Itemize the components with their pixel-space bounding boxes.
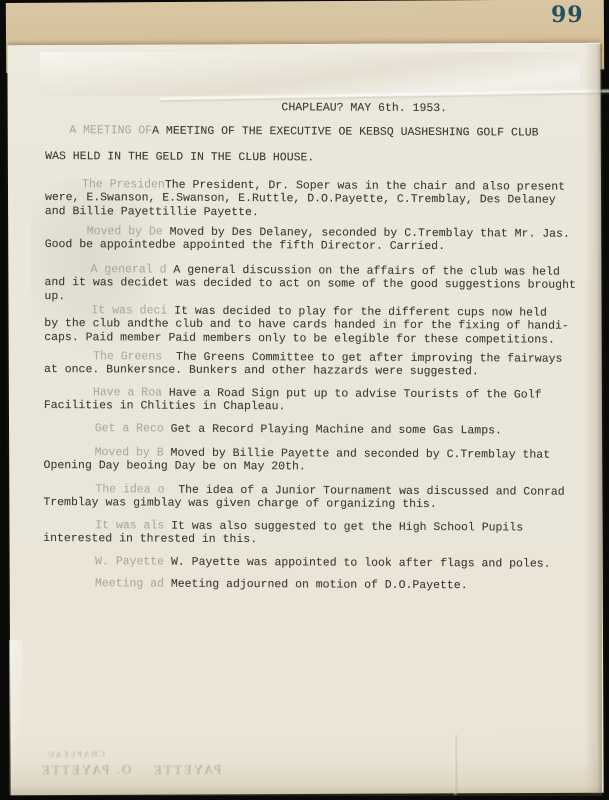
paragraph: Moved by De Moved by Des Delaney, second… [45,225,590,254]
typed-text-run: Tremblay was gimblay was given charge of… [43,496,436,511]
typed-text-run: Facilities in Chlities in Chapleau. [44,399,286,413]
typed-text-run: and it was decidet was decided to act on… [44,276,575,292]
typed-line: Opening Day beoing Day be on May 20th. [44,459,589,475]
ghost-typed-text: Get a Reco [95,422,171,435]
ghost-typed-text: It was deci [91,304,174,317]
typed-text-run: WAS HELD IN THE GELD IN THE CLUB HOUSE. [45,150,314,164]
paragraph: It was deci It was decided to play for t… [44,304,589,347]
paragraph: W. Payette W. Payette was appointed to l… [43,555,588,571]
typed-line: at once. Bunkersnce. Bunkers and other h… [44,363,589,379]
typed-line: interested in thrested in this. [43,532,588,548]
paragraph: Moved by B Moved by Billie Payette and s… [44,446,589,475]
typed-line: W. Payette W. Payette was appointed to l… [43,555,588,571]
typed-line: WAS HELD IN THE GELD IN THE CLUB HOUSE. [45,150,590,166]
typed-line: Facilities in Chlities in Chapleau. [44,399,589,415]
paragraph: Have a Roa Have a Road Sign put up to ad… [44,386,589,415]
ghost-typed-text: Moved by De [87,225,170,238]
typed-line: Tremblay was gimblay was given charge of… [43,496,588,512]
typed-text-block: CHAPLEAU? MAY 6th. 1953. A MEETING OFA M… [42,0,591,800]
typed-text-run: Good be appointedbe appointed the fifth … [45,238,445,253]
typed-text-run: W. Payette was appointed to look after f… [171,556,551,571]
paragraph: The PresidenThe President, Dr. Soper was… [45,178,590,221]
typed-line: and it was decidet was decided to act on… [44,276,589,292]
paragraph: Get a Reco Get a Record Playing Machine … [44,422,589,438]
ghost-typed-text: Have a Roa [93,386,169,399]
ghost-typed-text: The Presiden [82,178,165,191]
ghost-typed-text: The Greens [93,350,176,363]
typed-line: Get a Reco Get a Record Playing Machine … [44,422,589,438]
typed-text-run: Get a Record Playing Machine and some Ga… [171,423,502,438]
paragraph: The idea o The idea of a Junior Tourname… [43,483,588,512]
paragraph: WAS HELD IN THE GELD IN THE CLUB HOUSE. [45,150,590,166]
ghost-typed-text: It was als [95,519,171,532]
paragraph: Meeting ad Meeting adjourned on motion o… [43,577,588,593]
typed-text-run: Meeting adjourned on motion of D.O.Payet… [171,578,468,593]
typed-text-run: interested in thrested in this. [43,532,257,546]
ghost-typed-text: The idea o [95,483,178,496]
scanned-minutes-photo: 99 CHAPLEAUO. PAYETTEPAYETTE CHAPLEAU? M… [0,0,609,800]
paragraph: It was als It was also suggested to get … [43,519,588,548]
paragraph: A MEETING OFA MEETING OF THE EXECUTIVE O… [45,124,590,140]
typed-text-run: Opening Day beoing Day be on May 20th. [44,459,306,473]
ghost-typed-text: Meeting ad [95,577,171,590]
ghost-typed-text: A MEETING OF [69,124,152,137]
typed-text-run: A MEETING OF THE EXECUTIVE OE KEBSQ UASH… [152,125,539,140]
typed-line: A MEETING OFA MEETING OF THE EXECUTIVE O… [45,124,590,140]
typed-text-run: caps. Paid member Paid members only to b… [44,331,555,347]
ghost-typed-text: Moved by B [95,446,171,459]
ghost-typed-text: A general d [91,263,174,276]
typed-line: caps. Paid member Paid members only to b… [44,331,589,347]
paragraph: A general d A general discussion on the … [44,263,589,306]
document-heading: CHAPLEAU? MAY 6th. 1953. [281,101,447,115]
ghost-typed-text: W. Payette [95,555,171,568]
typed-text-run: and Billie Payettillie Payette. [45,205,259,219]
typed-line: Good be appointedbe appointed the fifth … [45,238,590,254]
typed-text-run: up. [44,290,65,303]
paragraph: The Greens The Greens Committee to get a… [44,350,589,379]
typed-line: Meeting ad Meeting adjourned on motion o… [43,577,588,593]
typed-text-run: at once. Bunkersnce. Bunkers and other h… [44,363,479,378]
